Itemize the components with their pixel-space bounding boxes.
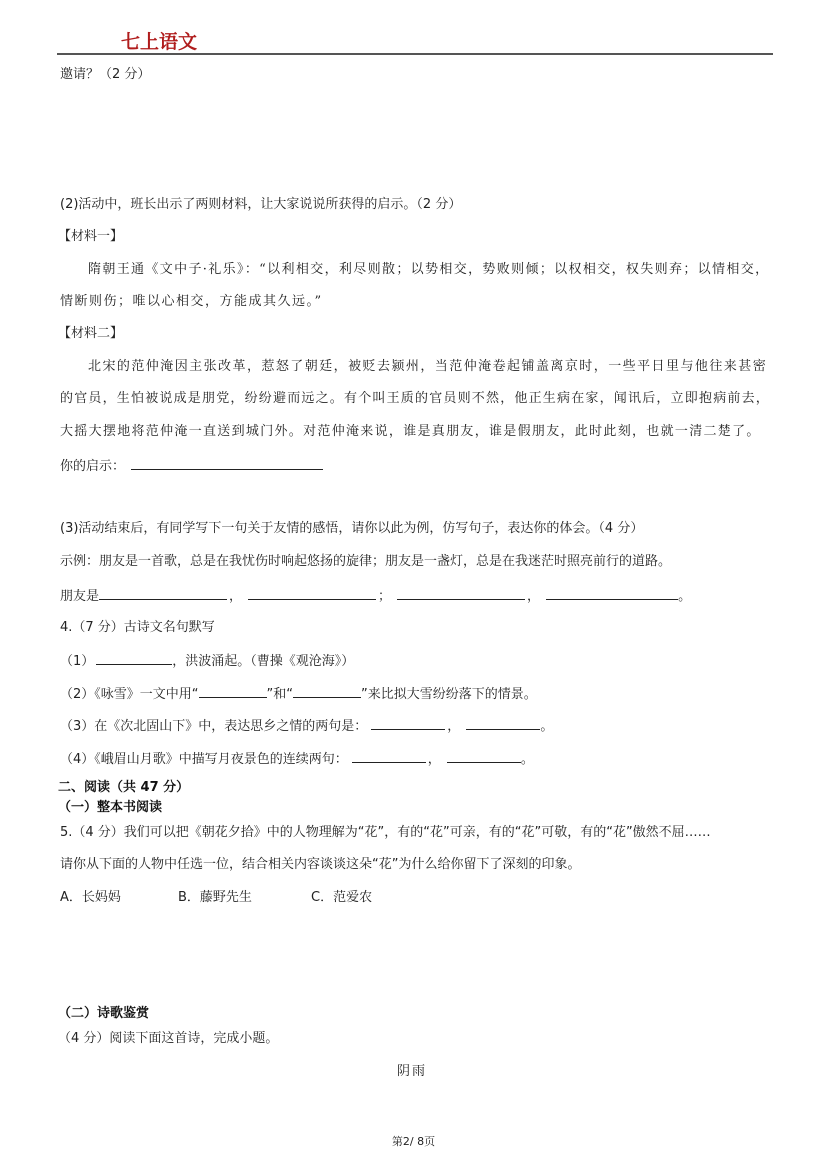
blank-3[interactable] <box>397 586 525 600</box>
item-text: ”和“ <box>267 687 293 702</box>
q4-1-blank[interactable] <box>96 651 172 665</box>
q4-title: 4.（7 分）古诗文名句默写 <box>60 619 215 637</box>
end-mark: 。 <box>540 719 553 734</box>
document-header-title: 七上语文 <box>121 27 197 54</box>
q4-item-3: （3）在《次北固山下》中，表达思乡之情的两句是：，。 <box>60 716 553 736</box>
item-text: 在《次北固山下》中，表达思乡之情的两句是： <box>94 719 367 734</box>
section2-sub1: （一）整本书阅读 <box>58 796 162 815</box>
q3-2-prompt: (2)活动中，班长出示了两则材料，让大家说说所获得的启示。（2 分） <box>60 196 461 214</box>
q3-3-prompt: (3)活动结束后，有同学写下一句关于友情的感悟，请你以此为例，仿写句子，表达你的… <box>60 520 643 538</box>
q4-3-blank-1[interactable] <box>371 716 445 730</box>
sep: ， <box>447 719 460 734</box>
material2-line2: 的官员，生怕被说成是朋党，纷纷避而远之。有个叫王质的官员则不然，他正生病在家，闻… <box>60 390 770 408</box>
item-number: （1） <box>60 654 94 669</box>
q4-item-1: （1），洪波涌起。（曹操《观沧海》） <box>60 651 354 671</box>
q6-prompt: （4 分）阅读下面这首诗，完成小题。 <box>58 1030 278 1048</box>
page-number: 第2/ 8页 <box>0 1133 827 1149</box>
q3-3-example: 示例：朋友是一首歌，总是在我忧伤时响起悠扬的旋律；朋友是一盏灯，总是在我迷茫时照… <box>60 553 671 571</box>
material1-label: 【材料一】 <box>58 228 123 246</box>
item-number: （2） <box>60 687 94 702</box>
sep-1: ， <box>229 589 242 604</box>
q5-line2: 请你从下面的人物中任选一位，结合相关内容谈谈这朵“花”为什么给你留下了深刻的印象… <box>60 856 580 874</box>
material2-label: 【材料二】 <box>58 325 123 343</box>
q5-option-c: C．范爱农 <box>311 889 372 907</box>
blank-1[interactable] <box>99 586 227 600</box>
answer-prefix: 朋友是 <box>60 589 99 604</box>
sep: ， <box>428 752 441 767</box>
item-text: 《峨眉山月歌》中描写月夜景色的连续两句： <box>94 752 348 767</box>
blank-4[interactable] <box>546 586 678 600</box>
header-divider <box>57 53 773 55</box>
answer-blank[interactable] <box>131 456 323 470</box>
q4-4-blank-2[interactable] <box>447 749 521 763</box>
material2-line1: 北宋的范仲淹因主张改革，惹怒了朝廷，被贬去颍州，当范仲淹卷起铺盖离京时，一些平日… <box>88 358 767 376</box>
material1-line2: 情断则伤；唯以心相交，方能成其久远。” <box>60 293 323 311</box>
item-number: （3） <box>60 719 94 734</box>
end-mark: 。 <box>678 589 691 604</box>
item-text: ”来比拟大雪纷纷落下的情景。 <box>361 687 537 702</box>
q3-3-answer-row: 朋友是，；，。 <box>60 586 691 606</box>
q4-2-blank-2[interactable] <box>293 684 361 698</box>
q5-option-a: A．长妈妈 <box>60 889 121 907</box>
q4-4-blank-1[interactable] <box>352 749 426 763</box>
q4-3-blank-2[interactable] <box>466 716 540 730</box>
q4-2-blank-1[interactable] <box>199 684 267 698</box>
q4-item-4: （4）《峨眉山月歌》中描写月夜景色的连续两句：，。 <box>60 749 534 769</box>
item-text: 《咏雪》一文中用“ <box>94 687 198 702</box>
sep-3: ， <box>527 589 540 604</box>
item-text: ，洪波涌起。（曹操《观沧海》） <box>172 654 354 669</box>
answer-label: 你的启示： <box>60 459 125 474</box>
blank-2[interactable] <box>248 586 376 600</box>
end-mark: 。 <box>521 752 534 767</box>
q3-1-tail: 邀请？（2 分） <box>60 66 150 84</box>
sep-2: ； <box>378 589 391 604</box>
q5-option-b: B．藤野先生 <box>178 889 252 907</box>
material1-line1: 隋朝王通《文中子·礼乐》：“以利相交，利尽则散；以势相交，势败则倾；以权相交，权… <box>88 261 769 279</box>
item-number: （4） <box>60 752 94 767</box>
q3-2-answer-row: 你的启示： <box>60 456 323 476</box>
q5-line1: 5.（4 分）我们可以把《朝花夕拾》中的人物理解为“花”，有的“花”可亲，有的“… <box>60 824 711 842</box>
section2-title: 二、阅读（共 47 分） <box>58 776 189 795</box>
q4-item-2: （2）《咏雪》一文中用“”和“”来比拟大雪纷纷落下的情景。 <box>60 684 537 704</box>
material2-line3: 大摇大摆地将范仲淹一直送到城门外。对范仲淹来说，谁是真朋友，谁是假朋友，此时此刻… <box>60 423 761 441</box>
section2-sub2: （二）诗歌鉴赏 <box>58 1002 149 1021</box>
poem-title: 阴雨 <box>397 1063 427 1081</box>
